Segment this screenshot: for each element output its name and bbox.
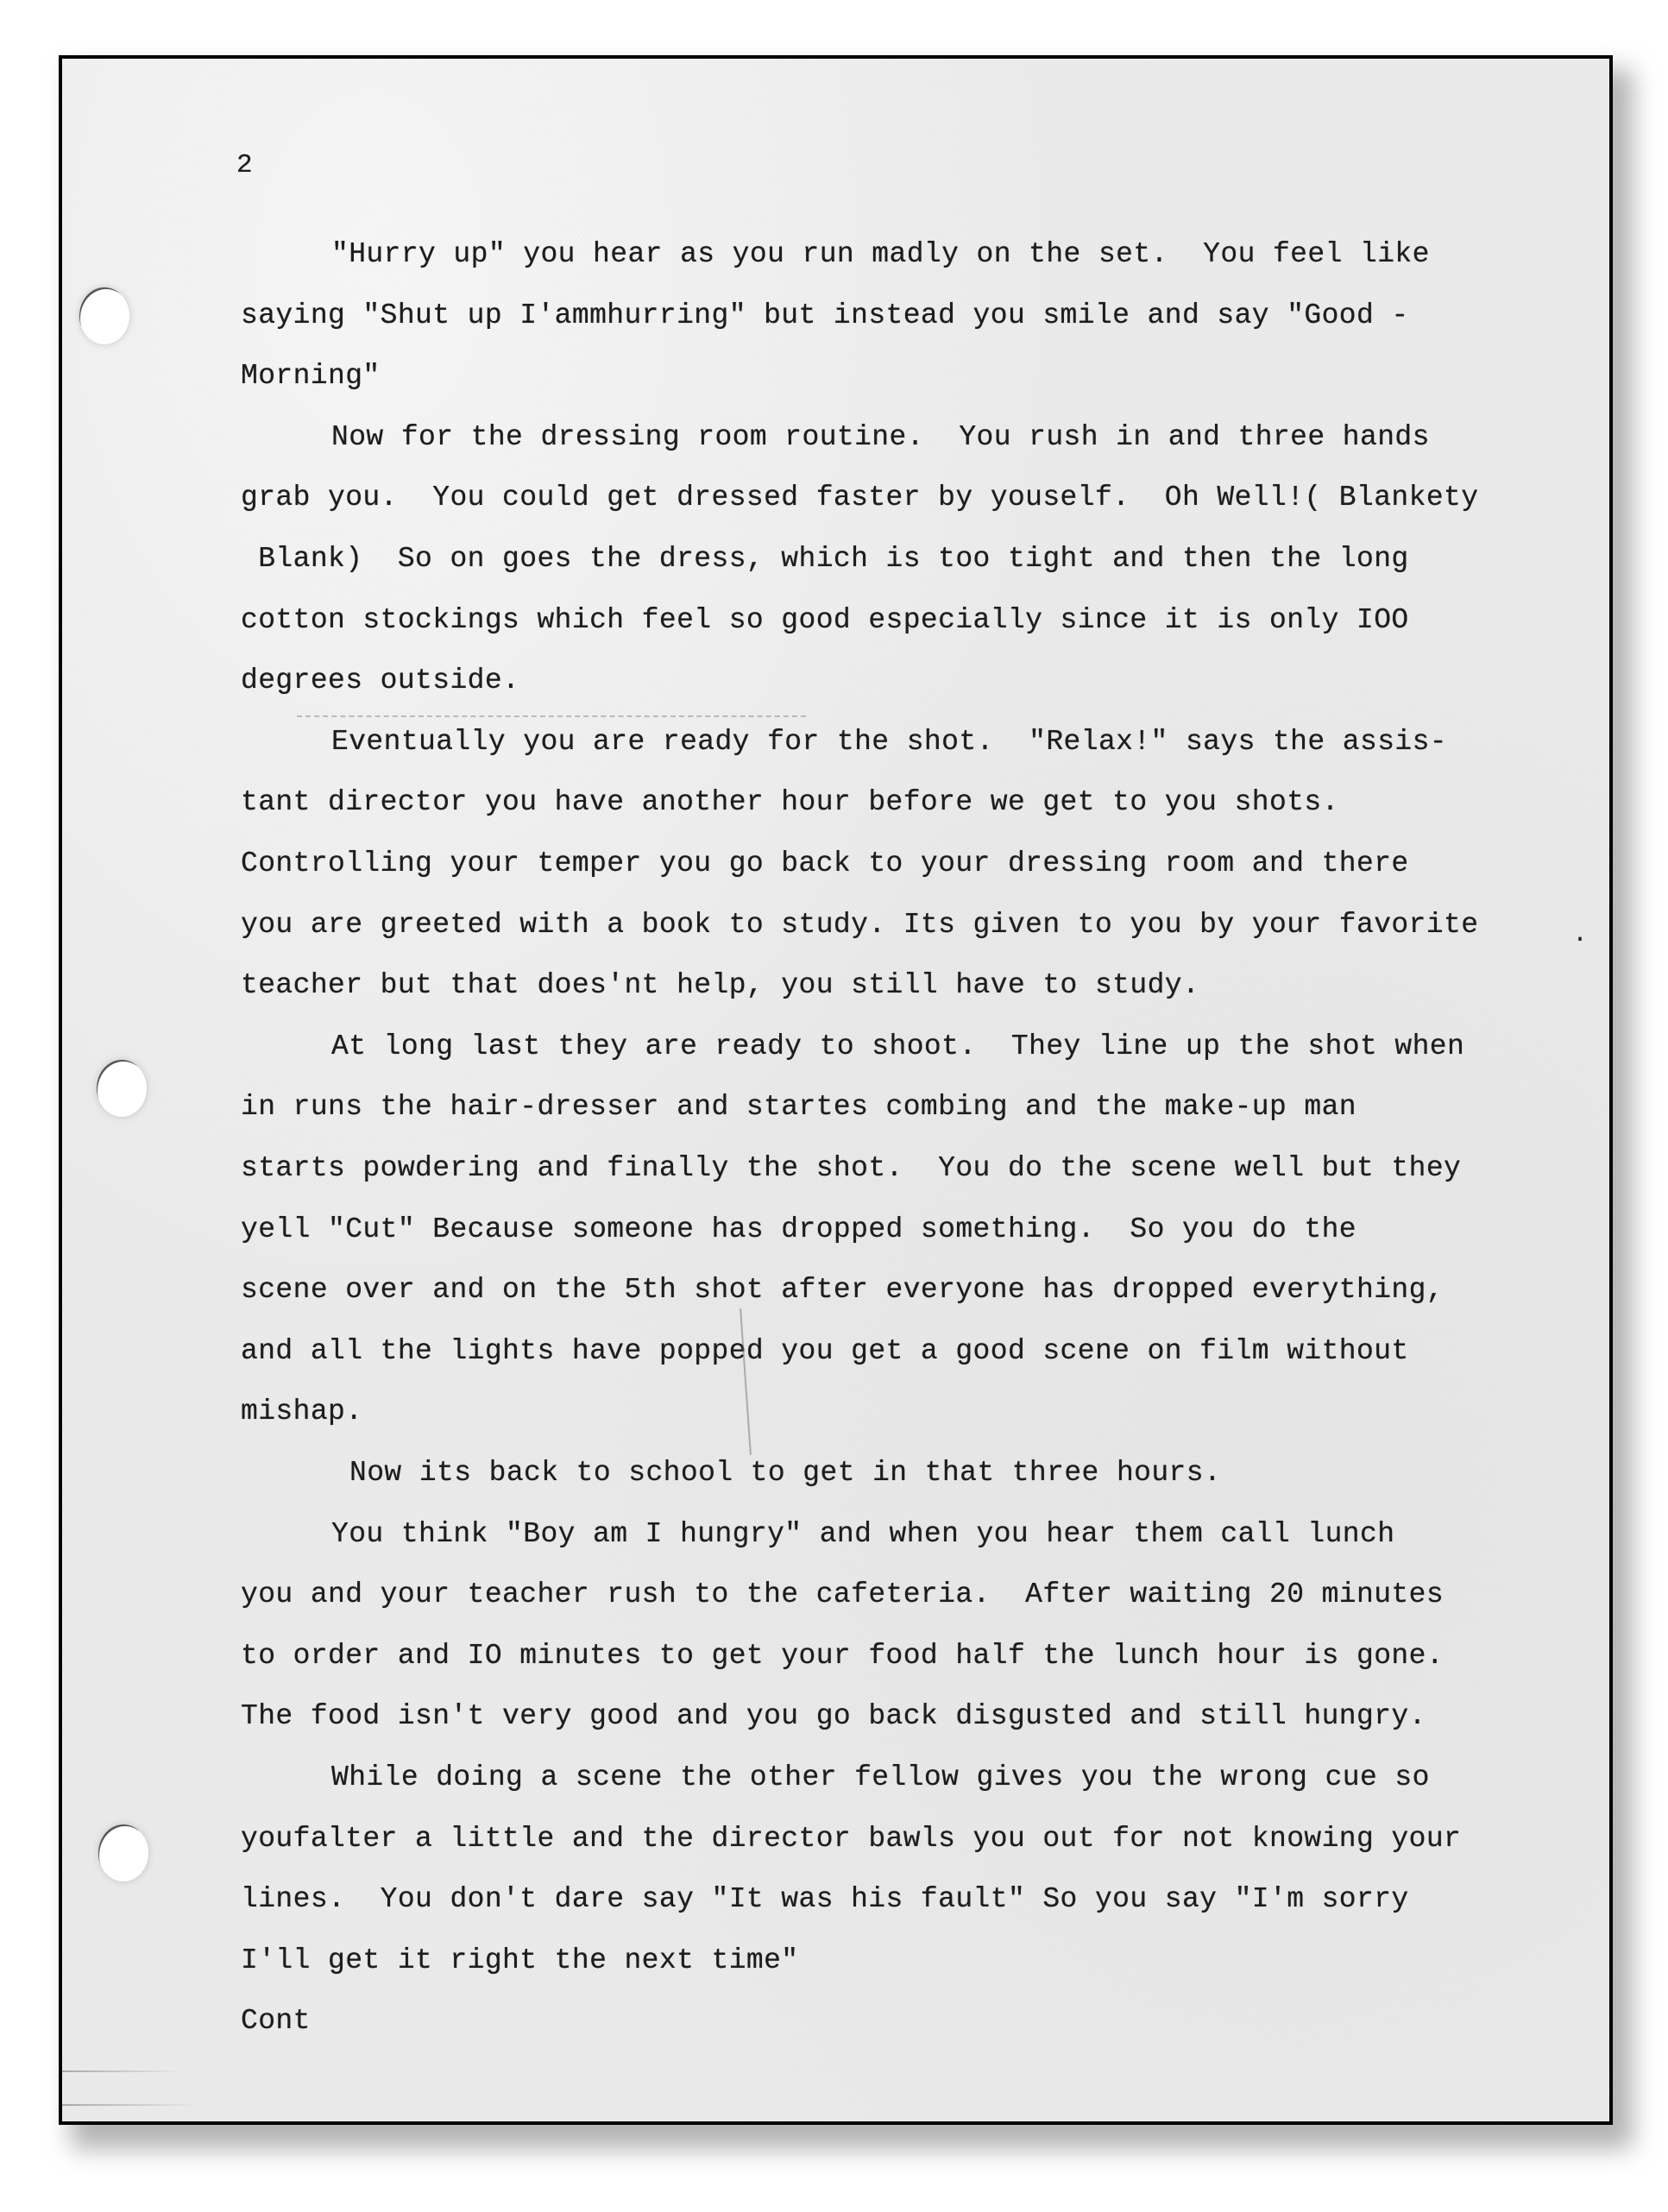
text-line: in runs the hair-dresser and startes com… xyxy=(241,1093,1356,1121)
text-line: grab you. You could get dressed faster b… xyxy=(241,483,1478,512)
text-line: Now its back to school to get in that th… xyxy=(349,1459,1221,1487)
text-line: you and your teacher rush to the cafeter… xyxy=(241,1580,1444,1609)
text-line: saying "Shut up I'ammhurring" but instea… xyxy=(241,301,1409,330)
text-line: The food isn't very good and you go back… xyxy=(241,1702,1426,1730)
stray-comma-mark: , xyxy=(1607,923,1613,953)
text-line: mishap. xyxy=(241,1397,362,1426)
paper-crease xyxy=(62,2104,200,2106)
typewritten-page: 2 "Hurry up" you hear as you run madly o… xyxy=(59,55,1613,2125)
text-line: "Hurry up" you hear as you run madly on … xyxy=(331,240,1430,268)
text-line: You think "Boy am I hungry" and when you… xyxy=(331,1520,1394,1548)
text-line: lines. You don't dare say "It was his fa… xyxy=(241,1885,1409,1913)
text-line: cotton stockings which feel so good espe… xyxy=(241,606,1409,634)
text-line: scene over and on the 5th shot after eve… xyxy=(241,1276,1444,1304)
text-line: Morning" xyxy=(241,362,381,390)
text-line: starts powdering and finally the shot. Y… xyxy=(241,1154,1461,1182)
text-line: youfalter a little and the director bawl… xyxy=(241,1824,1461,1853)
text-line: teacher but that does'nt help, you still… xyxy=(241,971,1199,999)
text-line: degrees outside. xyxy=(241,666,519,695)
stray-dot-mark: · xyxy=(1572,925,1588,955)
text-line: you are greeted with a book to study. It… xyxy=(241,911,1478,939)
punch-hole-top xyxy=(79,287,129,344)
faint-dashed-rule xyxy=(297,715,806,717)
text-line: and all the lights have popped you get a… xyxy=(241,1337,1409,1365)
punch-hole-bottom xyxy=(98,1824,148,1881)
text-line: At long last they are ready to shoot. Th… xyxy=(331,1032,1464,1061)
paper-crease xyxy=(62,2070,183,2072)
text-line: Now for the dressing room routine. You r… xyxy=(331,423,1430,451)
text-line: tant director you have another hour befo… xyxy=(241,788,1339,816)
text-line: Eventually you are ready for the shot. "… xyxy=(331,728,1447,756)
text-line: Controlling your temper you go back to y… xyxy=(241,849,1409,878)
text-line: to order and IO minutes to get your food… xyxy=(241,1642,1444,1670)
punch-hole-middle xyxy=(97,1060,147,1117)
text-line: While doing a scene the other fellow giv… xyxy=(331,1763,1430,1792)
text-line: Cont xyxy=(241,2007,311,2035)
text-line: I'll get it right the next time" xyxy=(241,1946,799,1975)
page-number: 2 xyxy=(236,152,253,179)
text-line: yell "Cut" Because someone has dropped s… xyxy=(241,1215,1356,1244)
text-line: Blank) So on goes the dress, which is to… xyxy=(241,545,1409,573)
pencil-mark xyxy=(740,1308,752,1455)
